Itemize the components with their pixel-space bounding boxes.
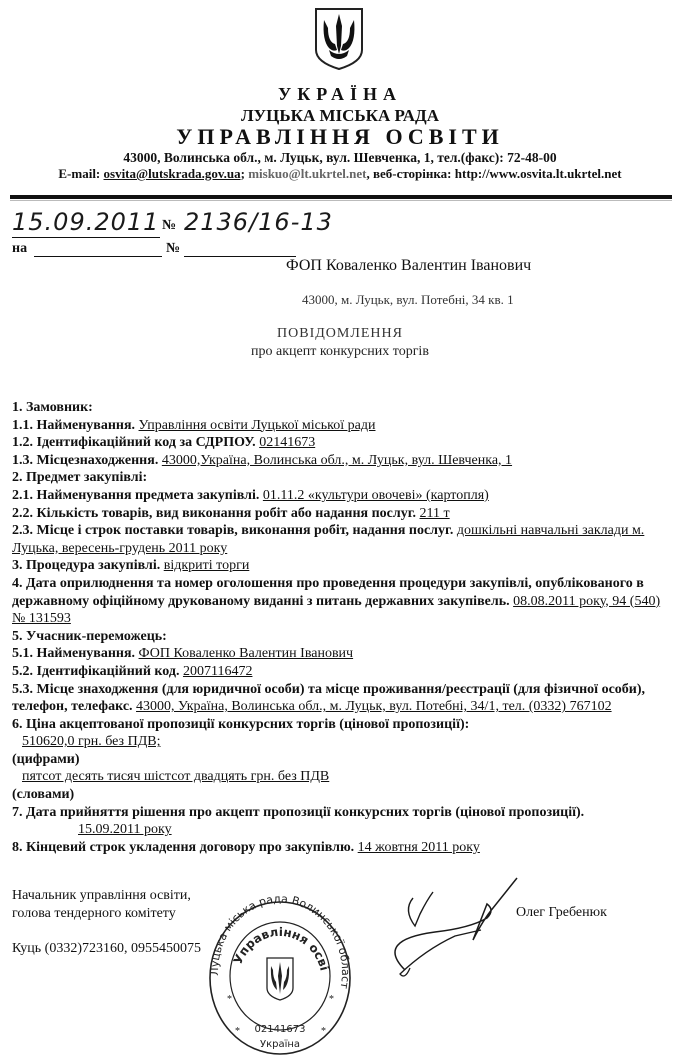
recipient-name: ФОП Коваленко Валентин Іванович — [286, 257, 531, 275]
svg-text:*: * — [235, 1026, 240, 1037]
header-council: ЛУЦЬКА МІСЬКА РАДА — [0, 106, 680, 126]
reply-date-line — [34, 256, 162, 257]
website-label: веб-сторінка: — [373, 166, 452, 181]
section-item: 3. Процедура закупівлі. відкриті торги — [12, 557, 672, 575]
section-item: 5. Учасник-переможець: — [12, 628, 672, 646]
section-item: 5.3. Місце знаходження (для юридичної ос… — [12, 681, 672, 716]
date-line — [12, 237, 160, 238]
contact-person: Куць (0332)723160, 0955450075 — [12, 941, 201, 957]
website-link[interactable]: http://www.osvita.lt.ukrtel.net — [455, 166, 622, 181]
price-digits-caption: (цифрами) — [12, 751, 672, 769]
header-department: УПРАВЛІННЯ ОСВІТИ — [0, 124, 680, 150]
svg-text:*: * — [329, 994, 334, 1005]
outgoing-date: 15.09.2011 — [12, 208, 159, 236]
handwritten-signature — [255, 870, 525, 980]
header-country: УКРАЇНА — [0, 84, 680, 105]
header-divider-thin — [10, 200, 672, 201]
reply-number-label: № — [166, 241, 180, 257]
outgoing-number-label: № — [162, 218, 176, 234]
section-item: 1.1. Найменування. Управління освіти Луц… — [12, 417, 672, 435]
section-item: 1. Замовник: — [12, 399, 672, 417]
header-address: 43000, Волинська обл., м. Луцьк, вул. Ше… — [0, 150, 680, 166]
decision-date-label: 7. Дата прийняття рішення про акцепт про… — [12, 804, 672, 822]
signatory-name: Олег Гребенюк — [516, 905, 607, 921]
signatory-title: Начальник управління освіти, голова тенд… — [12, 887, 191, 923]
sections-list: 1. Замовник:1.1. Найменування. Управлінн… — [12, 399, 672, 733]
trident-coat-of-arms-icon — [313, 6, 365, 72]
price-words: пятсот десять тисяч шістсот двадцять грн… — [12, 768, 672, 786]
notice-body: 1. Замовник:1.1. Найменування. Управлінн… — [12, 399, 672, 856]
outgoing-number: 2136/16-13 — [184, 208, 333, 236]
header-contacts: E-mail: osvita@lutskrada.gov.ua; miskuo@… — [0, 166, 680, 182]
reply-to-label: на — [12, 241, 27, 257]
recipient-address: 43000, м. Луцьк, вул. Потебні, 34 кв. 1 — [302, 292, 514, 308]
document-title: ПОВІДОМЛЕННЯ — [0, 326, 680, 342]
email-secondary[interactable]: miskuo@lt.ukrtel.net — [248, 166, 366, 181]
section-item: 4. Дата оприлюднення та номер оголошення… — [12, 575, 672, 628]
section-item: 2.2. Кількість товарів, вид виконання ро… — [12, 505, 672, 523]
email-label: E-mail: — [58, 166, 100, 181]
svg-text:02141673: 02141673 — [255, 1024, 306, 1035]
price-words-caption: (словами) — [12, 786, 672, 804]
reply-number-line — [184, 256, 296, 257]
section-item: 5.2. Ідентифікаційний код. 2007116472 — [12, 663, 672, 681]
email-primary-link[interactable]: osvita@lutskrada.gov.ua — [104, 166, 241, 181]
svg-text:*: * — [321, 1026, 326, 1037]
document-subtitle: про акцепт конкурсних торгів — [0, 344, 680, 360]
svg-text:Україна: Україна — [260, 1039, 300, 1050]
section-item: 6. Ціна акцептованої пропозиції конкурсн… — [12, 716, 672, 734]
section-item: 2.1. Найменування предмета закупівлі. 01… — [12, 487, 672, 505]
section-item: 2. Предмет закупівлі: — [12, 469, 672, 487]
section-item: 2.3. Місце і строк поставки товарів, вик… — [12, 522, 672, 557]
decision-date: 15.09.2011 року — [12, 821, 672, 839]
contract-deadline: 8. Кінцевий строк укладення договору про… — [12, 839, 672, 857]
section-item: 5.1. Найменування. ФОП Коваленко Валенти… — [12, 645, 672, 663]
header-divider — [10, 195, 672, 199]
section-item: 1.2. Ідентифікаційний код за СДРПОУ. 021… — [12, 434, 672, 452]
price-digits: 510620,0 грн. без ПДВ; — [12, 733, 672, 751]
section-item: 1.3. Місцезнаходження. 43000,Україна, Во… — [12, 452, 672, 470]
svg-text:*: * — [227, 994, 232, 1005]
